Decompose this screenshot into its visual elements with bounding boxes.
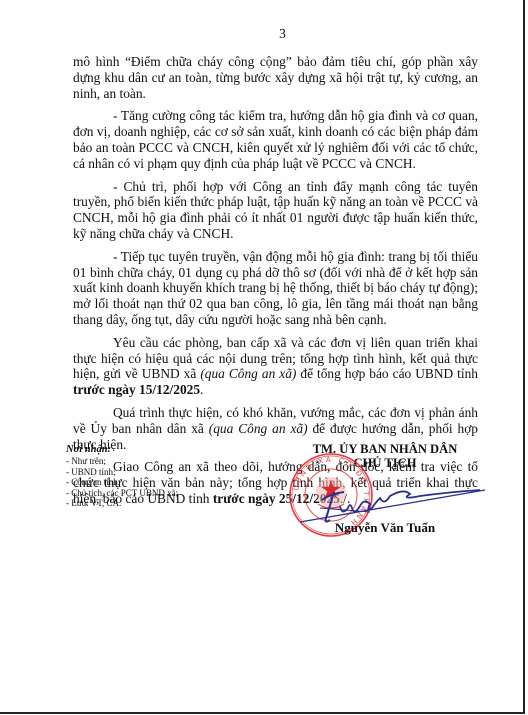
deadline-1: trước ngày 15/12/2025 [73,382,200,397]
recipients-block: Nơi nhận: - Như trên; - UBND tỉnh; - Côn… [66,444,266,509]
recipient-item: - Chủ tịch, các PCT UBND xã; [66,488,266,499]
signer-name: Nguyễn Văn Tuấn [290,520,480,536]
paragraph-continuation: mô hình “Điểm chữa cháy công cộng” bảo đ… [73,54,478,101]
document-page: 3 mô hình “Điểm chữa cháy công cộng” bảo… [0,0,525,714]
paragraph-household-equipment: - Tiếp tục tuyên truyền, vận động mỗi hộ… [73,249,478,328]
paragraph-inspection: - Tăng cường công tác kiểm tra, hướng dẫ… [73,108,478,171]
paragraph-training: - Chủ trì, phối hợp với Công an tỉnh đẩy… [73,179,478,242]
recipient-item: - Như trên; [66,456,266,467]
recipient-item: - UBND tỉnh; [66,467,266,478]
paragraph-request: Yêu cầu các phòng, ban cấp xã và các đơn… [73,335,478,398]
page-number: 3 [0,26,528,42]
recipient-item: - Lưu: VT, CA. [66,498,266,509]
recipients-title: Nơi nhận: [66,444,266,456]
recipient-item: - Công an tỉnh; [66,477,266,488]
